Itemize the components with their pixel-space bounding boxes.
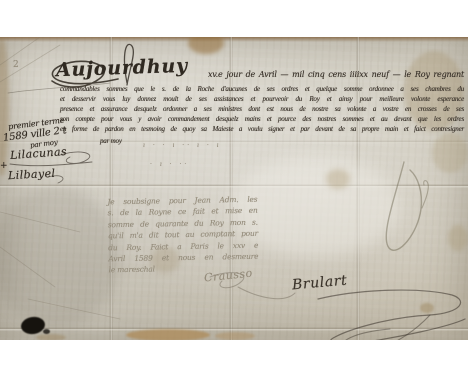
large-pen-loop-flourish <box>386 162 421 250</box>
second-paragraph: Je soubsigne pour Jean Adm. les s. de la… <box>107 194 258 276</box>
main-signature-paraph <box>318 290 465 340</box>
large-pen-loop-flourish <box>422 181 428 208</box>
main-signature-paraph <box>342 315 430 340</box>
ink-blot-satellite <box>43 329 50 334</box>
manuscript-line-fragment: par moy <box>100 137 122 145</box>
faint-pen-marks: ı · · ı ·· ı · ı <box>143 142 222 149</box>
manuscript-line: commandables sommes que le s. de la Roch… <box>60 85 464 93</box>
pen-flourish-layer <box>0 37 468 340</box>
manuscript-line: son compte pour vous y avoir commandemen… <box>60 115 464 123</box>
pencil-mark: 2 <box>13 60 19 70</box>
photo-frame: Aujourdhuy xv.e jour de Avril — mil cinq… <box>0 0 468 382</box>
margin-signature: Lilbayel <box>8 167 56 182</box>
manuscript-line: presence et assurance desquelz ordonner … <box>60 105 464 113</box>
parchment-photo: Aujourdhuy xv.e jour de Avril — mil cinq… <box>0 37 468 340</box>
faint-pen-marks: · ı · ·· <box>150 161 189 168</box>
margin-cross-mark: + <box>0 161 7 171</box>
opening-line-rest: xv.e jour de Avril — mil cinq cens iiiix… <box>208 70 464 79</box>
opening-word: Aujourdhuy <box>56 55 189 82</box>
manuscript-line: en forme de pardon en tesmoing de quoy s… <box>60 125 464 133</box>
manuscript-line: et desservir vous luy donnez moult de se… <box>60 95 464 103</box>
